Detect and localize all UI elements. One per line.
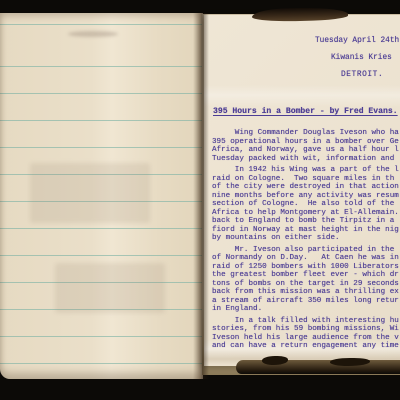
typed-letter-clipping: Tuesday April 24th Kiwanis Kries DETROIT… (204, 15, 400, 366)
blank-ruled-page (0, 13, 203, 379)
letter-paragraph-3: Mr. Iveson also participated in the of N… (212, 246, 400, 314)
scrapbook-photo: Tuesday April 24th Kiwanis Kries DETROIT… (0, 0, 400, 400)
letter-paragraph-4: In a talk filled with interesting hu sto… (212, 317, 400, 351)
letter-title: 395 Hours in a Bomber - by Fred Evans. (213, 107, 398, 116)
faint-pencil-inscription (68, 31, 118, 37)
letter-paragraph-1: Wing Commander Douglas Iveson who ha 395… (212, 129, 400, 163)
torn-paper-edge-bottom (236, 360, 400, 374)
letter-paragraph-2: In 1942 his Wing was a part of the l rai… (212, 166, 400, 243)
ink-bleed-through (30, 163, 150, 223)
letter-city: DETROIT. (341, 71, 383, 79)
letter-dateline: Tuesday April 24th (315, 37, 399, 45)
notebook-gutter-shadow (193, 13, 209, 379)
ink-bleed-through (55, 263, 165, 313)
letter-body: Wing Commander Douglas Iveson who ha 395… (212, 129, 400, 354)
letter-organization: Kiwanis Kries (331, 54, 392, 62)
